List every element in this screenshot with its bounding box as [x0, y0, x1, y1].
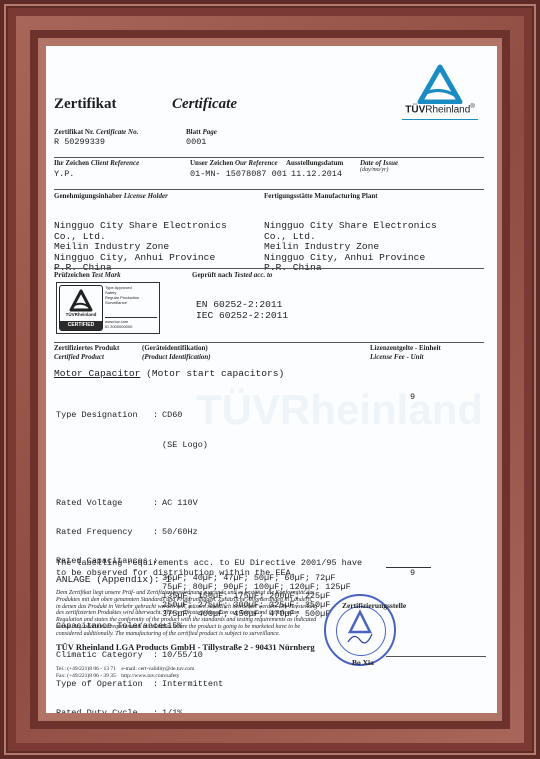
- license-fee-unit: 9: [410, 392, 415, 402]
- date-format-hint: (day/mo/yr): [360, 167, 388, 173]
- certified-label: CERTIFIED: [60, 321, 102, 330]
- certification-body-label: Zertifizierungsstelle: [342, 601, 406, 610]
- our-reference-label: Unser Zeichen Our Reference: [190, 159, 278, 167]
- tested-standards: EN 60252-2:2011IEC 60252-2:2011: [196, 279, 288, 342]
- issue-date-label: Ausstellungsdatum: [286, 159, 343, 167]
- fine-print: Dem Zertifikat liegt unsere Prüf- und Ze…: [56, 590, 318, 638]
- divider: [54, 342, 484, 343]
- manufacturing-plant-label: Fertigungsstätte Manufacturing Plant: [264, 192, 378, 200]
- license-fee-label-de: Lizenzentgelte - Einheit: [370, 344, 441, 352]
- tuv-rheinland-logo: TÜVRheinland®: [394, 64, 486, 126]
- divider: [54, 268, 484, 269]
- manufacturing-plant-address: Ningguo City Share ElectronicsCo., Ltd.M…: [264, 200, 437, 295]
- logo-underline: [402, 119, 478, 120]
- test-mark-info: Type ApprovedSafetyRegular ProductionSur…: [105, 285, 157, 305]
- product-name: Motor Capacitor (Motor start capacitors): [54, 369, 284, 380]
- issue-date-value: 11.12.2014: [291, 169, 342, 179]
- test-mark-box: TÜVRheinland CERTIFIED Type ApprovedSafe…: [56, 282, 160, 334]
- signatory-name: Bo Xia: [352, 658, 374, 667]
- tuv-triangle-icon: [60, 288, 102, 314]
- certificate-paper: TÜVRheinland Zertifikat Certificate TÜVR…: [46, 46, 497, 713]
- client-reference-value: Y.P.: [54, 169, 74, 179]
- product-ident-label-de: (Geräteidentifikation): [142, 344, 208, 352]
- license-holder-label: Genehmigungsinhaber License Holder: [54, 192, 168, 200]
- license-fee-label-en: License Fee - Unit: [370, 353, 423, 361]
- certificate-no-value: R 50299339: [54, 137, 105, 147]
- divider: [54, 157, 484, 158]
- labelling-note: The labelling requirements acc. to EU Di…: [56, 538, 362, 598]
- our-reference-value: 01-MN- 15078087 001: [190, 169, 287, 179]
- watermark: TÜVRheinland: [196, 386, 483, 434]
- divider: [54, 189, 484, 190]
- issuer-contact: Tel.: (+49/221)8 06 - 13 71 e-mail: cert…: [56, 653, 194, 692]
- tested-acc-label: Geprüft nach Tested acc. to: [192, 271, 272, 279]
- product-ident-label-en: (Product Identification): [142, 353, 211, 361]
- license-fee-total: 9: [410, 568, 415, 578]
- client-reference-label: Ihr Zeichen Client Reference: [54, 159, 139, 167]
- title-english: Certificate: [172, 96, 237, 113]
- page-label: Blatt Page: [186, 128, 217, 136]
- fee-total-rule: [386, 567, 431, 568]
- tuv-triangle-icon: [394, 64, 486, 104]
- spec-type-designation: Type Designation:CD60: [56, 410, 163, 420]
- certificate-no-label: Zertifikat Nr. Certificate No.: [54, 128, 138, 136]
- logo-wordmark: TÜVRheinland®: [394, 104, 486, 115]
- spec-rated-frequency: Rated Frequency:50/60Hz: [56, 527, 163, 536]
- page-value: 0001: [186, 137, 206, 147]
- signature-line: [386, 656, 486, 657]
- issue-date-label-en: Date of Issue: [360, 159, 398, 167]
- issuer-address: TÜV Rheinland LGA Products GmbH - Tillys…: [56, 642, 315, 652]
- appendix: ANLAGE (Appendix): 1: [56, 575, 171, 586]
- spec-rated-voltage: Rated Voltage:AC 110V: [56, 498, 163, 507]
- certified-product-label-en: Certified Product: [54, 353, 104, 361]
- spec-rated-duty-cycle: Rated Duty Cycle:1/1%: [56, 708, 163, 713]
- test-mark-label: Prüfzeichen Test Mark: [54, 271, 121, 279]
- test-mark-id: www.tuv.comID 2000000000: [105, 317, 157, 329]
- title-german: Zertifikat: [54, 96, 116, 113]
- certified-badge: TÜVRheinland CERTIFIED: [59, 285, 103, 331]
- certified-product-label-de: Zertifiziertes Produkt: [54, 344, 119, 352]
